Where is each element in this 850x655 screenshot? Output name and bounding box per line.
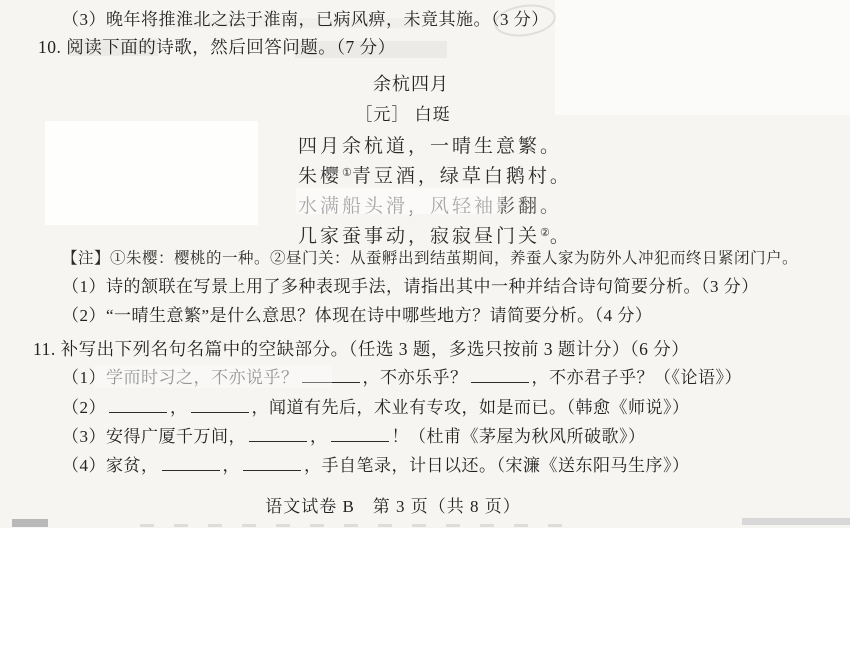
poem-line-4-text-b: 。 [550,226,572,247]
item-2-text-mid: ， [170,398,188,417]
page-footer: 语文试卷 B 第 3 页（共 8 页） [0,492,850,517]
poem-line-3: 水满船头滑，风轻袖影翻。 [298,191,562,218]
item-4-text-mid: ， [223,456,241,475]
fill-in-blank [162,456,220,471]
footnote-marker-2: ② [540,227,550,239]
poem-title: 余杭四月 [0,70,850,96]
fill-in-blank [471,368,529,383]
item-4-text-pre: 家贫， [106,456,159,475]
scan-edge-artifact [742,518,850,525]
item-number: （4） [62,456,106,475]
scan-edge-artifact [12,519,48,527]
question-11-item-1: （1）学而时习之，不亦说乎？，不亦乐乎？，不亦君子乎？（《论语》） [62,367,742,389]
question-11-item-3: （3）安得广厦千万间，，！（杜甫《茅屋为秋风所破歌》） [62,426,646,448]
scan-white-patch [555,0,850,115]
poem-line-4-text-a: 几家蚕事动，寂寂昼门关 [298,226,540,247]
item-number: （3） [62,427,106,446]
item-4-text-post: ，手自笔录，计日以还。（宋濂《送东阳马生序》） [304,456,690,475]
scan-edge-artifact [140,524,570,527]
fill-in-blank [191,398,249,413]
fill-in-blank [109,398,167,413]
poem-line-1: 四月余杭道，一晴生意繁。 [298,131,562,158]
question-10-sub1: （1）诗的颔联在写景上用了多种表现手法，请指出其中一种并结合诗句简要分析。（3 … [62,276,759,298]
poem-line-4: 几家蚕事动，寂寂昼门关②。 [298,221,572,248]
question-11-item-2: （2），，闻道有先后，术业有专攻，如是而已。（韩愈《师说》） [62,397,690,419]
item-1-text-mid: ，不亦乐乎？ [363,368,468,387]
item-3-text-pre: 安得广厦千万间， [106,427,246,446]
question-10-sub2: （2）“一晴生意繁”是什么意思？体现在诗中哪些地方？请简要分析。（4 分） [62,305,652,327]
fill-in-blank [249,427,307,442]
item-number: （1） [62,368,106,387]
poem-line-2: 朱樱①青豆酒，绿草白鹅村。 [298,161,572,188]
poem-line-2-text-a: 朱樱 [298,166,342,187]
question-11-item-4: （4）家贫，，，手自笔录，计日以还。（宋濂《送东阳马生序》） [62,455,690,477]
question-11-stem: 11. 补写出下列名句名篇中的空缺部分。（任选 3 题，多选只按前 3 题计分）… [33,338,689,360]
poem-author: ［元］ 白珽 [0,100,850,125]
question-10-stem: 10. 阅读下面的诗歌，然后回答问题。（7 分） [38,36,396,58]
question-9-part3-text: （3）晚年将推淮北之法于淮南，已病风痹，未竟其施。（3 分） [62,9,549,31]
item-1-text-pre: 学而时习之，不亦说乎？ [106,368,299,387]
fill-in-blank [302,368,360,383]
fill-in-blank [243,456,301,471]
poem-line-2-text-b: 青豆酒，绿草白鹅村。 [352,166,572,187]
poem-footnote: 【注】①朱樱：樱桃的一种。②昼门关：从蚕孵出到结茧期间，养蚕人家为防外人冲犯而终… [62,248,798,270]
item-3-text-mid: ， [310,427,328,446]
fill-in-blank [331,427,389,442]
item-1-text-post: ，不亦君子乎？（《论语》） [532,368,743,387]
item-number: （2） [62,398,106,417]
footnote-marker-1: ① [342,167,352,179]
scanned-exam-page: （3）晚年将推淮北之法于淮南，已病风痹，未竟其施。（3 分） 10. 阅读下面的… [0,0,850,655]
item-3-text-post: ！（杜甫《茅屋为秋风所破歌》） [392,427,646,446]
scan-white-patch [45,121,258,225]
item-2-text-post: ，闻道有先后，术业有专攻，如是而已。（韩愈《师说》） [252,398,690,417]
